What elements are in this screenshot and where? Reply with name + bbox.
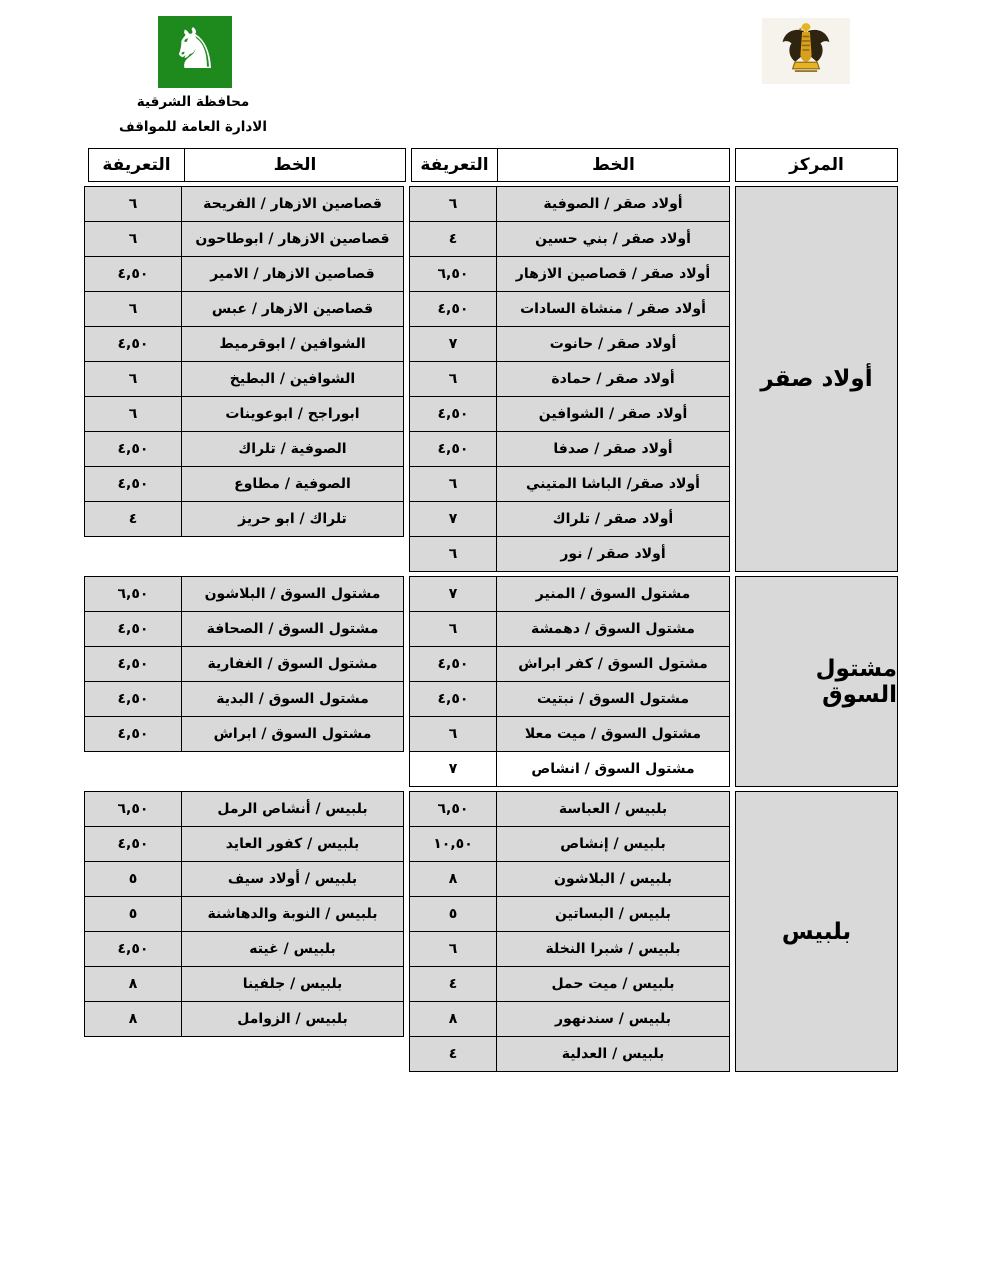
tariff-cell: ٦,٥٠: [85, 577, 182, 612]
tariff-cell: ٧: [410, 327, 497, 362]
tariff-cell: ٦: [410, 187, 497, 222]
table-row: مشتول السوق / ابراش٤,٥٠: [85, 717, 404, 752]
table-row: أولاد صقر / نور٦: [410, 537, 730, 572]
tariff-cell: ٤,٥٠: [85, 647, 182, 682]
line-cell: أولاد صقر / منشاة السادات: [497, 292, 730, 327]
table-row: بلبيس / النوبة والدهاشنة٥: [85, 897, 404, 932]
line-cell: مشتول السوق / البدية: [182, 682, 404, 717]
table-row: مشتول السوق / كفر ابراش٤,٥٠: [410, 647, 730, 682]
main-line-table: مشتول السوق / المنير٧مشتول السوق / دهمشة…: [409, 576, 730, 787]
tariff-cell: ١٠,٥٠: [410, 827, 497, 862]
center-group: بلبيسبلبيس / العباسة٦,٥٠بلبيس / إنشاص١٠,…: [84, 791, 898, 1072]
tariff-cell: ٤: [85, 502, 182, 537]
table-row: الشوافين / ابوقرميط٤,٥٠: [85, 327, 404, 362]
table-row: مشتول السوق / البلاشون٦,٥٠: [85, 577, 404, 612]
table-row: قصاصين الازهار / ابوطاحون٦: [85, 222, 404, 257]
tariff-cell: ٦: [85, 362, 182, 397]
line-cell: بلبيس / العدلية: [497, 1037, 730, 1072]
tariff-cell: ٦: [410, 362, 497, 397]
side-line-table: بلبيس / أنشاص الرمل٦,٥٠بلبيس / كفور العا…: [84, 791, 404, 1037]
line-cell: بلبيس / النوبة والدهاشنة: [182, 897, 404, 932]
table-row: بلبيس / ميت حمل٤: [410, 967, 730, 1002]
table-row: بلبيس / البساتين٥: [410, 897, 730, 932]
table-row: الصوفية / تلراك٤,٥٠: [85, 432, 404, 467]
line-cell: مشتول السوق / المنير: [497, 577, 730, 612]
tariff-cell: ٦: [410, 467, 497, 502]
line-cell: ابوراجح / ابوعوينات: [182, 397, 404, 432]
tariff-cell: ٦: [410, 717, 497, 752]
tariff-cell: ٦: [85, 222, 182, 257]
line-cell: مشتول السوق / ابراش: [182, 717, 404, 752]
tariff-cell: ٤,٥٠: [85, 467, 182, 502]
table-row: بلبيس / أولاد سيف٥: [85, 862, 404, 897]
line-cell: أولاد صقر / قصاصين الازهار: [497, 257, 730, 292]
line-cell: قصاصين الازهار / ابوطاحون: [182, 222, 404, 257]
line-cell: بلبيس / غيته: [182, 932, 404, 967]
header-line-side: الخط: [184, 148, 406, 182]
tariff-cell: ٧: [410, 577, 497, 612]
line-cell: قصاصين الازهار / الفريحة: [182, 187, 404, 222]
side-line-table: قصاصين الازهار / الفريحة٦قصاصين الازهار …: [84, 186, 404, 537]
line-cell: أولاد صقر / الصوفية: [497, 187, 730, 222]
center-group: أولاد صقرأولاد صقر / الصوفية٦أولاد صقر /…: [84, 186, 898, 572]
tariff-cell: ٤,٥٠: [85, 327, 182, 362]
table-row: ابوراجح / ابوعوينات٦: [85, 397, 404, 432]
line-cell: الشوافين / البطيخ: [182, 362, 404, 397]
line-cell: مشتول السوق / كفر ابراش: [497, 647, 730, 682]
header-main-pair: الخط التعريفة: [411, 148, 730, 182]
table-row: بلبيس / أنشاص الرمل٦,٥٠: [85, 792, 404, 827]
line-cell: الصوفية / تلراك: [182, 432, 404, 467]
table-row: أولاد صقر / بني حسين٤: [410, 222, 730, 257]
tariff-cell: ٤,٥٠: [85, 682, 182, 717]
tariff-cell: ٧: [410, 752, 497, 787]
table-row: بلبيس / كفور العايد٤,٥٠: [85, 827, 404, 862]
table-row: قصاصين الازهار / الفريحة٦: [85, 187, 404, 222]
line-cell: أولاد صقر / حمادة: [497, 362, 730, 397]
table-row: أولاد صقر / قصاصين الازهار٦,٥٠: [410, 257, 730, 292]
center-cell: أولاد صقر: [735, 186, 898, 572]
line-cell: مشتول السوق / دهمشة: [497, 612, 730, 647]
table-row: مشتول السوق / الصحافة٤,٥٠: [85, 612, 404, 647]
header-line-main: الخط: [497, 148, 730, 182]
main-line-table: بلبيس / العباسة٦,٥٠بلبيس / إنشاص١٠,٥٠بلب…: [409, 791, 730, 1072]
line-cell: قصاصين الازهار / عبس: [182, 292, 404, 327]
line-cell: بلبيس / جلفينا: [182, 967, 404, 1002]
table-row: أولاد صقر / تلراك٧: [410, 502, 730, 537]
tariff-cell: ٦: [410, 537, 497, 572]
line-cell: بلبيس / البساتين: [497, 897, 730, 932]
table-row: بلبيس / شبرا النخلة٦: [410, 932, 730, 967]
tariff-cell: ٤: [410, 1037, 497, 1072]
center-group: مشتول السوقمشتول السوق / المنير٧مشتول ال…: [84, 576, 898, 787]
tariff-cell: ٦,٥٠: [410, 792, 497, 827]
line-cell: أولاد صقر / نور: [497, 537, 730, 572]
tariff-cell: ٦: [85, 292, 182, 327]
table-row: بلبيس / إنشاص١٠,٥٠: [410, 827, 730, 862]
line-cell: مشتول السوق / البلاشون: [182, 577, 404, 612]
tariff-cell: ٤,٥٠: [410, 292, 497, 327]
line-cell: بلبيس / سندنهور: [497, 1002, 730, 1037]
table-row: قصاصين الازهار / عبس٦: [85, 292, 404, 327]
tariff-cell: ٤,٥٠: [85, 432, 182, 467]
governorate-logo: ♞: [158, 16, 232, 88]
line-cell: بلبيس / البلاشون: [497, 862, 730, 897]
tariff-cell: ٤: [410, 222, 497, 257]
egypt-eagle-icon: [778, 22, 834, 80]
document-titles: محافظة الشرقية الادارة العامة للمواقف: [86, 94, 300, 135]
tariff-table: المركز الخط التعريفة الخط التعريفة أولاد…: [84, 148, 898, 1072]
tariff-cell: ٥: [85, 862, 182, 897]
table-row: مشتول السوق / المنير٧: [410, 577, 730, 612]
tariff-cell: ٤,٥٠: [85, 717, 182, 752]
tariff-cell: ٤,٥٠: [85, 827, 182, 862]
dept-title: الادارة العامة للمواقف: [86, 119, 300, 135]
line-cell: بلبيس / العباسة: [497, 792, 730, 827]
line-cell: بلبيس / أولاد سيف: [182, 862, 404, 897]
tariff-cell: ٤,٥٠: [410, 432, 497, 467]
line-cell: بلبيس / شبرا النخلة: [497, 932, 730, 967]
line-cell: مشتول السوق / الصحافة: [182, 612, 404, 647]
tariff-cell: ٦: [410, 612, 497, 647]
tariff-cell: ٤,٥٠: [410, 397, 497, 432]
table-row: أولاد صقر / حمادة٦: [410, 362, 730, 397]
tariff-cell: ٦: [85, 397, 182, 432]
table-row: أولاد صقر / الصوفية٦: [410, 187, 730, 222]
line-cell: بلبيس / الزوامل: [182, 1002, 404, 1037]
side-line-table: مشتول السوق / البلاشون٦,٥٠مشتول السوق / …: [84, 576, 404, 752]
line-cell: أولاد صقر / الشوافين: [497, 397, 730, 432]
table-row: مشتول السوق / نبتيت٤,٥٠: [410, 682, 730, 717]
table-row: تلراك / ابو حريز٤: [85, 502, 404, 537]
line-cell: أولاد صقر/ الباشا المتيني: [497, 467, 730, 502]
table-row: قصاصين الازهار / الامير٤,٥٠: [85, 257, 404, 292]
header-center: المركز: [735, 148, 898, 182]
national-emblem: [762, 18, 850, 84]
line-cell: بلبيس / إنشاص: [497, 827, 730, 862]
table-row: بلبيس / الزوامل٨: [85, 1002, 404, 1037]
main-line-table: أولاد صقر / الصوفية٦أولاد صقر / بني حسين…: [409, 186, 730, 572]
header-tariff-side: التعريفة: [88, 148, 185, 182]
org-title: محافظة الشرقية: [86, 94, 300, 110]
center-cell: مشتول السوق: [735, 576, 898, 787]
tariff-cell: ٤,٥٠: [410, 682, 497, 717]
table-row: أولاد صقر / الشوافين٤,٥٠: [410, 397, 730, 432]
tariff-cell: ٦,٥٠: [410, 257, 497, 292]
table-row: بلبيس / جلفينا٨: [85, 967, 404, 1002]
line-cell: بلبيس / كفور العايد: [182, 827, 404, 862]
table-row: مشتول السوق / انشاص٧: [410, 752, 730, 787]
table-row: مشتول السوق / ميت معلا٦: [410, 717, 730, 752]
table-row: أولاد صقر / منشاة السادات٤,٥٠: [410, 292, 730, 327]
table-row: مشتول السوق / دهمشة٦: [410, 612, 730, 647]
line-cell: بلبيس / أنشاص الرمل: [182, 792, 404, 827]
tariff-cell: ٤,٥٠: [85, 612, 182, 647]
tariff-cell: ٦: [85, 187, 182, 222]
table-row: بلبيس / العباسة٦,٥٠: [410, 792, 730, 827]
center-cell: بلبيس: [735, 791, 898, 1072]
tariff-cell: ٥: [410, 897, 497, 932]
line-cell: أولاد صقر / حانوت: [497, 327, 730, 362]
line-cell: مشتول السوق / الغفارية: [182, 647, 404, 682]
horse-icon: ♞: [170, 22, 220, 78]
line-cell: الشوافين / ابوقرميط: [182, 327, 404, 362]
line-cell: أولاد صقر / صدفا: [497, 432, 730, 467]
tariff-cell: ٨: [85, 1002, 182, 1037]
line-cell: الصوفية / مطاوع: [182, 467, 404, 502]
table-row: مشتول السوق / الغفارية٤,٥٠: [85, 647, 404, 682]
tariff-cell: ٤: [410, 967, 497, 1002]
table-row: الشوافين / البطيخ٦: [85, 362, 404, 397]
tariff-cell: ٨: [410, 1002, 497, 1037]
line-cell: مشتول السوق / انشاص: [497, 752, 730, 787]
tariff-cell: ٦: [410, 932, 497, 967]
tariff-cell: ٨: [410, 862, 497, 897]
line-cell: مشتول السوق / نبتيت: [497, 682, 730, 717]
tariff-cell: ٦,٥٠: [85, 792, 182, 827]
tariff-cell: ٨: [85, 967, 182, 1002]
table-row: بلبيس / العدلية٤: [410, 1037, 730, 1072]
table-header: المركز الخط التعريفة الخط التعريفة: [84, 148, 898, 182]
table-row: أولاد صقر/ الباشا المتيني٦: [410, 467, 730, 502]
tariff-cell: ٤,٥٠: [410, 647, 497, 682]
table-row: بلبيس / سندنهور٨: [410, 1002, 730, 1037]
table-row: الصوفية / مطاوع٤,٥٠: [85, 467, 404, 502]
line-cell: مشتول السوق / ميت معلا: [497, 717, 730, 752]
tariff-cell: ٤,٥٠: [85, 257, 182, 292]
line-cell: بلبيس / ميت حمل: [497, 967, 730, 1002]
header-side-pair: الخط التعريفة: [88, 148, 406, 182]
table-row: بلبيس / غيته٤,٥٠: [85, 932, 404, 967]
table-row: بلبيس / البلاشون٨: [410, 862, 730, 897]
header-tariff-main: التعريفة: [411, 148, 498, 182]
table-row: أولاد صقر / صدفا٤,٥٠: [410, 432, 730, 467]
tariff-cell: ٥: [85, 897, 182, 932]
line-cell: أولاد صقر / تلراك: [497, 502, 730, 537]
line-cell: تلراك / ابو حريز: [182, 502, 404, 537]
tariff-cell: ٤,٥٠: [85, 932, 182, 967]
line-cell: قصاصين الازهار / الامير: [182, 257, 404, 292]
line-cell: أولاد صقر / بني حسين: [497, 222, 730, 257]
table-body: أولاد صقرأولاد صقر / الصوفية٦أولاد صقر /…: [84, 186, 898, 1072]
table-row: أولاد صقر / حانوت٧: [410, 327, 730, 362]
tariff-cell: ٧: [410, 502, 497, 537]
table-row: مشتول السوق / البدية٤,٥٠: [85, 682, 404, 717]
